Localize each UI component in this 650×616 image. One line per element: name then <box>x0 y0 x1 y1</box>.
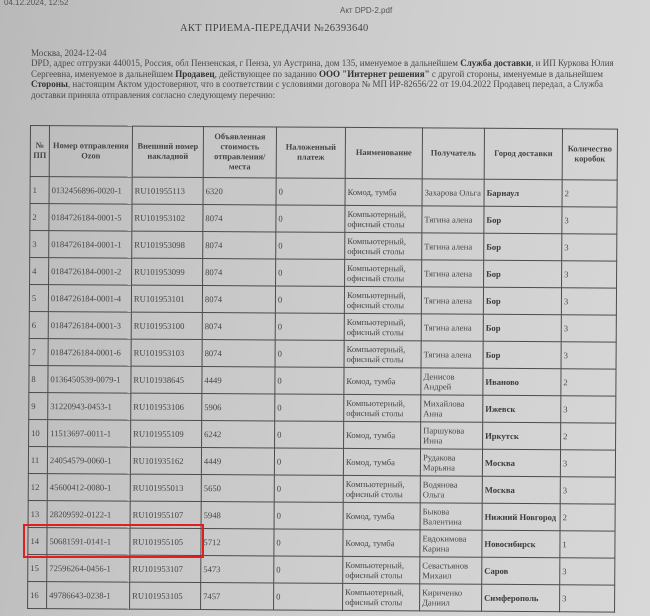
cell-ozon-number: 72596264-0456-1 <box>47 555 130 583</box>
cell-recipient: Евдокимова Карина <box>420 530 482 557</box>
cell-recipient: Тягина алена <box>422 260 484 287</box>
cell-item-name: Комод, тумба <box>343 529 420 556</box>
intro-bold: ООО "Интернет решения" <box>319 69 430 79</box>
cell-ozon-number: 0184726184-0001-4 <box>48 285 131 313</box>
cell-recipient: Севастьянов Михаил <box>420 557 482 584</box>
cell-ozon-number: 0184726184-0001-5 <box>49 204 132 232</box>
cell-declared-cost: 5906 <box>202 394 275 421</box>
cell-ozon-number: 0136450539-0079-1 <box>48 366 131 394</box>
shipments-table: № ПП Номер отправления Ozon Внешний номе… <box>27 125 618 613</box>
cell-item-name: Комод, тумба <box>343 502 420 529</box>
cell-declared-cost: 5650 <box>201 475 274 502</box>
table-row: 1649786643-0238-1RU10195310574570Компьют… <box>28 581 615 612</box>
cell-box-count: 3 <box>562 261 617 288</box>
cell-declared-cost: 8074 <box>203 205 276 232</box>
table-body: 10132456896-0020-1RU10195511363200Комод,… <box>28 177 618 613</box>
print-header: 04.12.2024, 12:52 Акт DPD-2.pdf <box>0 0 650 14</box>
cell-box-count: 3 <box>560 585 615 612</box>
cell-external-number: RU101955105 <box>130 528 201 555</box>
cell-recipient: Тягина алена <box>421 341 483 368</box>
cell-declared-cost: 4449 <box>201 448 274 475</box>
cell-num: 2 <box>30 204 49 231</box>
cell-city: Нижний Новгород <box>482 503 560 530</box>
cell-box-count: 3 <box>560 450 615 477</box>
header-num: № ПП <box>30 126 49 177</box>
header-item-name: Наименование <box>345 127 422 178</box>
cell-declared-cost: 8074 <box>203 232 276 259</box>
table-row: 1245600412-0080-1RU10195501356500Компьют… <box>28 473 615 504</box>
cell-recipient: Тягина алена <box>421 287 483 314</box>
cell-num: 5 <box>29 285 48 312</box>
header-box-count: Количество коробок <box>562 129 617 180</box>
place-date: Москва, 2024-12-04 <box>31 48 621 58</box>
cell-city: Бор <box>483 287 561 314</box>
cell-external-number: RU101953100 <box>131 312 202 339</box>
cell-recipient: Тягина алена <box>422 233 484 260</box>
cell-cod: 0 <box>276 259 345 286</box>
print-filename: Акт DPD-2.pdf <box>340 6 392 15</box>
cell-external-number: RU101955109 <box>131 420 202 447</box>
cell-external-number: RU101953099 <box>132 258 203 285</box>
table-row: 1011513697-0011-1RU10195510962420Комод, … <box>29 419 616 450</box>
document-title: АКТ ПРИЕМА-ПЕРЕДАЧИ №26393640 <box>180 23 480 34</box>
cell-cod: 0 <box>274 529 343 556</box>
cell-cod: 0 <box>275 367 344 394</box>
cell-declared-cost: 4449 <box>202 367 275 394</box>
header-external-number: Внешний номер накладной <box>132 126 203 177</box>
cell-ozon-number: 0184726184-0001-3 <box>48 312 131 340</box>
cell-box-count: 2 <box>560 504 615 531</box>
cell-recipient: Тягина алена <box>421 314 483 341</box>
table-row: 40184726184-0001-2RU10195309980740Компью… <box>30 258 617 289</box>
cell-box-count: 3 <box>560 477 615 504</box>
cell-recipient: Рудакова Марьяна <box>420 449 482 476</box>
table-row: 931220943-0453-1RU10195310659060Компьюте… <box>29 392 616 423</box>
table-row: 1572596264-0456-1RU10195310754730Компьют… <box>28 554 615 585</box>
cell-external-number: RU101938645 <box>131 366 202 393</box>
cell-ozon-number: 11513697-0011-1 <box>48 420 131 448</box>
cell-ozon-number: 28209592-0122-1 <box>47 501 130 529</box>
cell-num: 16 <box>28 581 47 608</box>
cell-declared-cost: 5712 <box>201 529 274 556</box>
cell-box-count: 3 <box>562 207 617 234</box>
cell-item-name: Компьютерный, офисный столы <box>345 259 422 286</box>
cell-item-name: Компьютерный, офисный столы <box>343 583 420 610</box>
cell-cod: 0 <box>274 475 343 502</box>
cell-city: Саров <box>482 557 560 584</box>
header-city: Город доставки <box>484 128 562 179</box>
cell-item-name: Компьютерный, офисный столы <box>344 394 421 421</box>
cell-city: Иркутск <box>483 422 561 449</box>
intro-text: , настоящим Актом удостоверяют, что в со… <box>31 79 603 99</box>
cell-ozon-number: 45600412-0080-1 <box>47 474 130 502</box>
cell-cod: 0 <box>276 205 345 232</box>
cell-item-name: Компьютерный, офисный столы <box>344 340 421 367</box>
cell-city: Бор <box>484 206 562 233</box>
intro-paragraph: DPD, адрес отгрузки 440015, Россия, обл … <box>31 58 621 100</box>
intro-bold: Стороны <box>31 79 68 89</box>
cell-num: 4 <box>30 258 49 285</box>
intro-text: с другой стороны, именуемые в дальнейшем <box>430 69 603 79</box>
intro-text: DPD, адрес отгрузки 440015, Россия, обл … <box>31 58 460 68</box>
cell-ozon-number: 31220943-0453-1 <box>48 393 131 421</box>
table-row: 1328209592-0122-1RU10195510759480Комод, … <box>28 500 615 531</box>
cell-ozon-number: 0184726184-0001-1 <box>49 231 132 259</box>
table-row: 10132456896-0020-1RU10195511363200Комод,… <box>30 177 617 208</box>
intro-bold: Продавец <box>175 69 214 79</box>
cell-recipient: Кириченко Даниил <box>420 584 482 611</box>
cell-external-number: RU101953105 <box>130 582 201 609</box>
table-row: 1124054579-0060-1RU10193516244490Комод, … <box>28 446 615 477</box>
cell-box-count: 3 <box>562 234 617 261</box>
cell-cod: 0 <box>275 421 344 448</box>
cell-item-name: Компьютерный, офисный столы <box>345 205 422 232</box>
cell-cod: 0 <box>274 583 343 610</box>
cell-external-number: RU101955113 <box>132 177 203 204</box>
cell-city: Бор <box>484 233 562 260</box>
cell-cod: 0 <box>275 286 344 313</box>
cell-item-name: Комод, тумба <box>343 448 420 475</box>
cell-cod: 0 <box>276 232 345 259</box>
cell-cod: 0 <box>276 178 345 205</box>
table-row: 70184726184-0001-6RU10195310380740Компью… <box>29 338 616 369</box>
cell-ozon-number: 0184726184-0001-6 <box>48 339 131 367</box>
cell-box-count: 3 <box>561 342 616 369</box>
cell-item-name: Компьютерный, офисный столы <box>343 556 420 583</box>
cell-ozon-number: 50681591-0141-1 <box>47 528 130 556</box>
cell-declared-cost: 8074 <box>202 340 275 367</box>
intro-bold: Служба доставки <box>460 58 531 68</box>
cell-num: 9 <box>29 392 48 419</box>
cell-num: 10 <box>29 419 48 446</box>
cell-external-number: RU101953101 <box>131 285 202 312</box>
cell-item-name: Комод, тумба <box>345 178 422 205</box>
header-ozon-number: Номер отправления Ozon <box>49 126 132 178</box>
cell-item-name: Комод, тумба <box>344 421 421 448</box>
cell-external-number: RU101953103 <box>131 339 202 366</box>
cell-city: Симферополь <box>482 584 560 611</box>
document-intro: Москва, 2024-12-04 DPD, адрес отгрузки 4… <box>31 48 621 100</box>
cell-declared-cost: 7457 <box>201 583 274 610</box>
table-row: 30184726184-0001-1RU10195309880740Компью… <box>30 231 617 262</box>
cell-external-number: RU101935162 <box>130 447 201 474</box>
cell-cod: 0 <box>274 448 343 475</box>
cell-item-name: Комод, тумба <box>344 367 421 394</box>
cell-num: 1 <box>30 177 49 204</box>
cell-city: Ижевск <box>483 395 561 422</box>
cell-num: 11 <box>28 446 47 473</box>
cell-recipient: Паршукова Инна <box>421 422 483 449</box>
header-cod: Наложенный платеж <box>276 127 345 178</box>
cell-item-name: Компьютерный, офисный столы <box>345 232 422 259</box>
table-header-row: № ПП Номер отправления Ozon Внешний номе… <box>30 126 617 181</box>
cell-box-count: 1 <box>560 531 615 558</box>
header-declared-cost: Объявленная стоимость отправления/места <box>203 127 276 178</box>
cell-recipient: Водянова Ольга <box>420 476 482 503</box>
cell-city: Бор <box>483 341 561 368</box>
cell-box-count: 2 <box>562 180 617 207</box>
cell-box-count: 2 <box>561 369 616 396</box>
cell-cod: 0 <box>274 556 343 583</box>
cell-box-count: 3 <box>561 396 616 423</box>
cell-num: 12 <box>28 473 47 500</box>
cell-declared-cost: 8074 <box>202 286 275 313</box>
cell-external-number: RU101953107 <box>130 555 201 582</box>
cell-recipient: Быкова Валентина <box>420 503 482 530</box>
cell-cod: 0 <box>275 394 344 421</box>
cell-city: Москва <box>482 476 560 503</box>
table-row: 80136450539-0079-1RU10193864544490Комод,… <box>29 365 616 396</box>
table-row: 1450681591-0141-1RU10195510557120Комод, … <box>28 527 615 558</box>
cell-city: Москва <box>482 449 560 476</box>
cell-ozon-number: 49786643-0238-1 <box>47 582 130 610</box>
cell-ozon-number: 0184726184-0001-2 <box>49 258 132 286</box>
cell-num: 15 <box>28 554 47 581</box>
cell-box-count: 2 <box>561 423 616 450</box>
cell-num: 13 <box>28 500 47 527</box>
cell-box-count: 3 <box>560 558 615 585</box>
intro-text: , действующее по заданию <box>215 69 319 79</box>
cell-num: 7 <box>29 338 48 365</box>
cell-city: Бор <box>483 314 561 341</box>
cell-cod: 0 <box>275 340 344 367</box>
cell-recipient: Михайлова Анна <box>421 395 483 422</box>
cell-city: Новосибирск <box>482 530 560 557</box>
cell-city: Барнаул <box>484 179 562 206</box>
cell-recipient: Тягина алена <box>422 206 484 233</box>
cell-box-count: 3 <box>561 315 616 342</box>
cell-declared-cost: 8074 <box>202 313 275 340</box>
cell-ozon-number: 0132456896-0020-1 <box>49 177 132 205</box>
cell-city: Иваново <box>483 368 561 395</box>
cell-declared-cost: 5948 <box>201 502 274 529</box>
print-datetime: 04.12.2024, 12:52 <box>4 0 69 7</box>
cell-num: 6 <box>29 311 48 338</box>
cell-declared-cost: 6242 <box>202 421 275 448</box>
cell-declared-cost: 8074 <box>203 259 276 286</box>
cell-cod: 0 <box>275 313 344 340</box>
cell-declared-cost: 6320 <box>203 178 276 205</box>
table-row: 50184726184-0001-4RU10195310180740Компью… <box>29 285 616 316</box>
cell-external-number: RU101955107 <box>130 501 201 528</box>
cell-box-count: 3 <box>561 288 616 315</box>
cell-num: 14 <box>28 527 47 554</box>
cell-recipient: Денисов Андрей <box>421 368 483 395</box>
cell-recipient: Захарова Ольга <box>422 179 484 206</box>
cell-external-number: RU101953098 <box>132 231 203 258</box>
header-recipient: Получатель <box>422 128 484 179</box>
table-row: 20184726184-0001-5RU10195310280740Компью… <box>30 204 617 235</box>
cell-cod: 0 <box>274 502 343 529</box>
table-row: 60184726184-0001-3RU10195310080740Компью… <box>29 311 616 342</box>
cell-ozon-number: 24054579-0060-1 <box>47 447 130 475</box>
cell-item-name: Компьютерный, офисный столы <box>344 286 421 313</box>
cell-city: Бор <box>484 260 562 287</box>
cell-external-number: RU101953106 <box>131 393 202 420</box>
cell-num: 8 <box>29 365 48 392</box>
cell-item-name: Компьютерный, офисный столы <box>343 475 420 502</box>
cell-num: 3 <box>30 231 49 258</box>
cell-item-name: Компьютерный, офисный столы <box>344 313 421 340</box>
cell-declared-cost: 5473 <box>201 556 274 583</box>
cell-external-number: RU101953102 <box>132 204 203 231</box>
cell-external-number: RU101955013 <box>130 474 201 501</box>
